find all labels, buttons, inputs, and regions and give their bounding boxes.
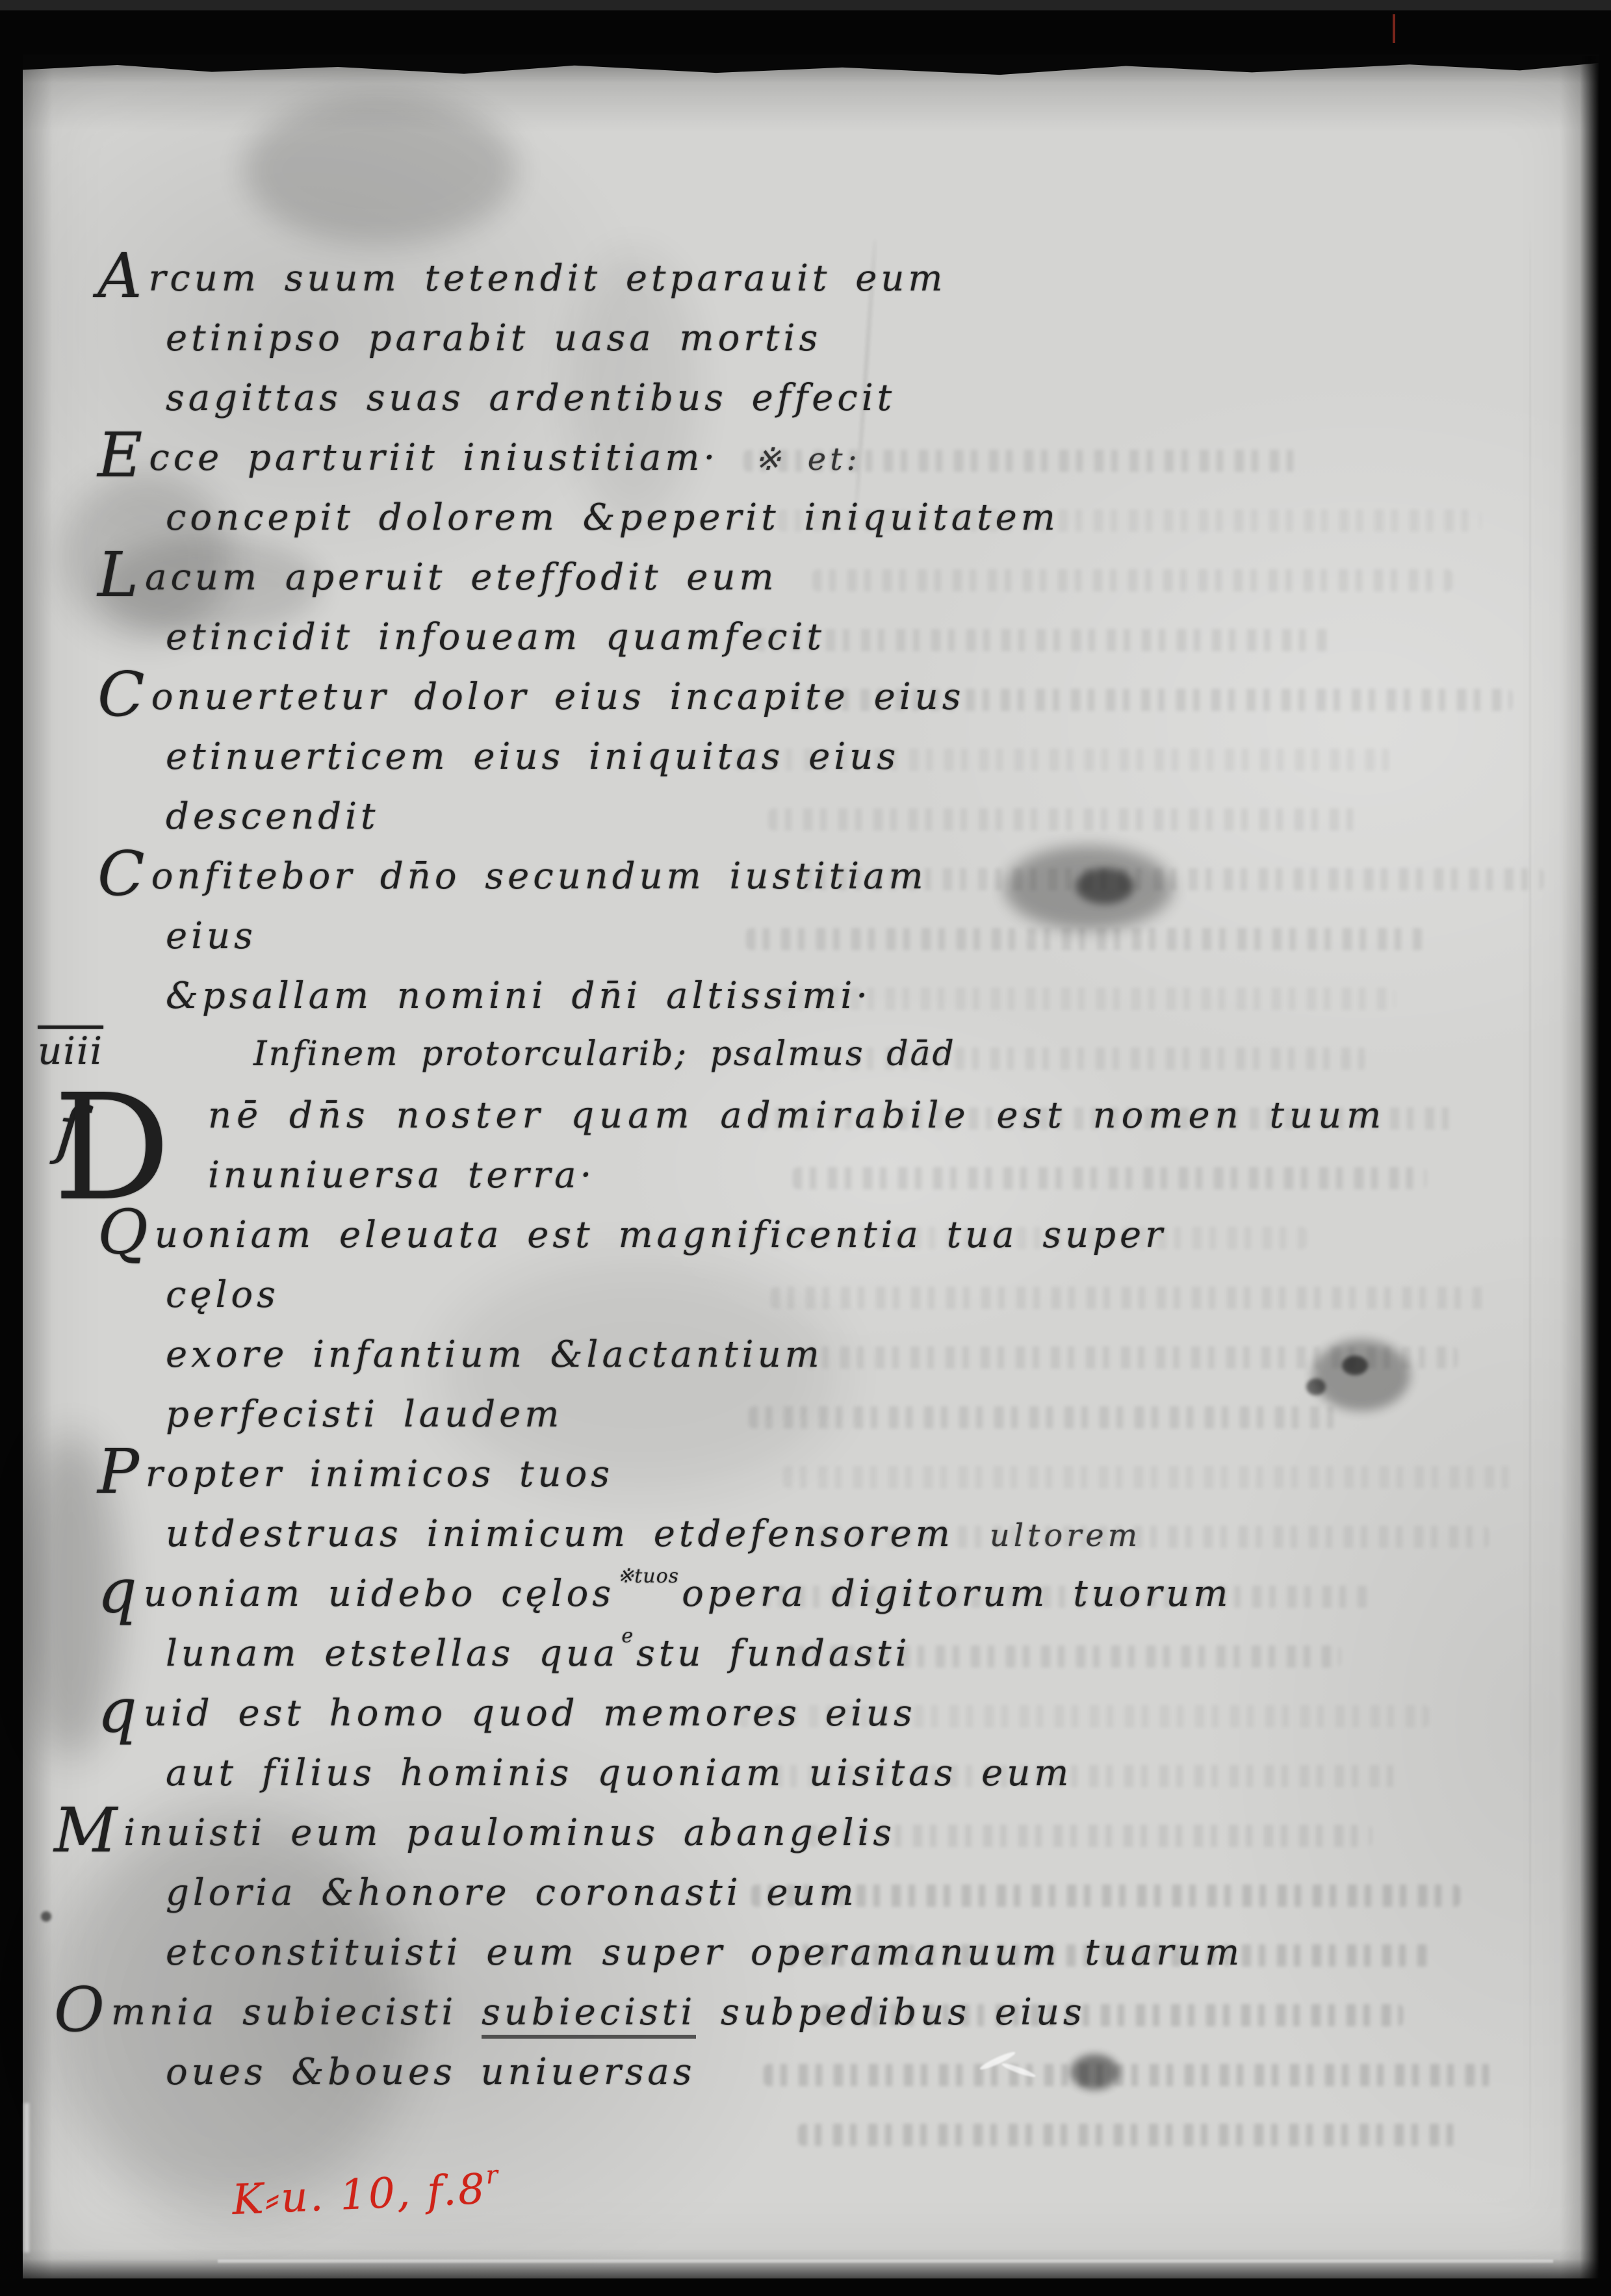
- initial-capital-d: D: [53, 1083, 170, 1215]
- line-text: inuisti eum paulominus abangelis: [123, 1812, 896, 1854]
- line-text: rcum suum tetendit etparauit eum: [149, 257, 947, 300]
- parchment-page: Arcum suum tetendit etparauit eumetinips…: [23, 56, 1599, 2278]
- text-line: Ecce parturiit iniustitiam·※ et:: [97, 438, 861, 478]
- line-text: cęlos: [166, 1274, 279, 1316]
- line-text: descendit: [166, 795, 380, 838]
- photo-top-strip: [0, 0, 1611, 10]
- line-text: stu fundasti: [636, 1632, 910, 1675]
- text-line: oues &boues uniuersas: [166, 2052, 696, 2093]
- line-text: etconstituisti eum super operamanuum tua…: [166, 1931, 1243, 1974]
- page-bottom-shadow-edge: [23, 2259, 1599, 2278]
- manuscript-photo: Arcum suum tetendit etparauit eumetinips…: [0, 0, 1611, 2296]
- initial-capital: P: [97, 1436, 143, 1508]
- text-line: cęlos: [166, 1275, 279, 1315]
- text-line: Confitebor dn̄o secundum iustitiam: [97, 857, 927, 897]
- text-line: etincidit infoueam quamfecit: [166, 617, 825, 658]
- line-text: etinuerticem eius iniquitas eius: [166, 736, 899, 778]
- text-line: Lacum aperuit eteffodit eum: [97, 558, 778, 598]
- line-text: uid est homo quod memores eius: [144, 1692, 916, 1735]
- line-text: opera digitorum tuorum: [682, 1573, 1231, 1615]
- text-line: inuniuersa terra·: [208, 1155, 595, 1196]
- line-text: aut filius hominis quoniam uisitas eum: [166, 1752, 1072, 1794]
- marginal-correction: ultorem: [990, 1517, 1141, 1554]
- line-text: etinipso parabit uasa mortis: [166, 317, 821, 359]
- line-text: utdestruas inimicum etdefensorem: [166, 1513, 954, 1555]
- text-line: Quoniam eleuata est magnificentia tua su…: [97, 1215, 1166, 1256]
- line-text: oues &boues uniuersas: [166, 2051, 696, 2093]
- initial-capital: L: [97, 539, 142, 611]
- marginal-correction: ※ et:: [754, 441, 860, 478]
- line-text: onfitebor dn̄o secundum iustitiam: [151, 855, 927, 897]
- text-line: Minuisti eum paulominus abangelis: [54, 1813, 896, 1853]
- text-line: Propter inimicos tuos: [97, 1454, 613, 1495]
- text-line: Dnē dn̄s noster quam admirabile est nome…: [208, 1096, 1386, 1136]
- line-text: uoniam eleuata est magnificentia tua sup…: [155, 1214, 1166, 1256]
- initial-capital: E: [97, 420, 146, 491]
- line-text: Infinem protorcularib; psalmus dād: [253, 1035, 956, 1074]
- line-text: eius: [166, 915, 257, 957]
- line-text: exore infantium &lactantium: [166, 1334, 823, 1376]
- initial-capital: O: [54, 1974, 109, 2046]
- text-line: Conuertetur dolor eius incapite eius: [97, 677, 964, 717]
- line-text: inuniuersa terra·: [208, 1154, 595, 1196]
- text-line: concepit dolorem &peperit iniquitatem: [166, 498, 1059, 538]
- expunged-word: subiecisti: [482, 1991, 696, 2039]
- line-text: subpedibus eius: [696, 1991, 1086, 2033]
- line-text: ropter inimicos tuos: [146, 1453, 613, 1495]
- text-line: quoniam uidebo cęlos※tuosopera digitorum…: [97, 1574, 1231, 1614]
- initial-capital: q: [97, 1556, 141, 1627]
- line-text: nē dn̄s noster quam admirabile est nomen…: [208, 1094, 1386, 1137]
- text-line: etinuerticem eius iniquitas eius: [166, 737, 899, 777]
- text-line: sagittas suas ardentibus effecit: [166, 378, 896, 419]
- line-text: mnia subiecisti: [111, 1991, 482, 2033]
- line-text: uoniam uidebo cęlos: [144, 1573, 615, 1615]
- text-line: utdestruas inimicum etdefensoremultorem: [166, 1514, 1141, 1554]
- text-line: lunam etstellas quaestu fundasti: [166, 1634, 911, 1674]
- line-text: lunam etstellas qua: [166, 1632, 619, 1675]
- photo-light-streak-left: [24, 2103, 29, 2252]
- text-line: Arcum suum tetendit etparauit eum: [97, 259, 947, 299]
- interlinear-gloss: e: [621, 1625, 634, 1647]
- text-line: aut filius hominis quoniam uisitas eum: [166, 1753, 1072, 1794]
- line-text: &psallam nomini dn̄i altissimi·: [166, 975, 871, 1017]
- initial-capital: Q: [97, 1197, 152, 1269]
- initial-capital: M: [54, 1795, 121, 1866]
- line-text: perfecisti laudem: [166, 1393, 563, 1436]
- initial-capital: C: [97, 659, 149, 730]
- line-text: concepit dolorem &peperit iniquitatem: [166, 497, 1059, 539]
- line-text: acum aperuit eteffodit eum: [145, 556, 777, 599]
- shelfmark-folio-sup: r: [485, 2160, 500, 2189]
- text-line: gloria &honore coronasti eum: [166, 1873, 858, 1913]
- text-line: uiiiſInfinem protorcularib; psalmus dād: [253, 1036, 956, 1073]
- initial-capital: C: [97, 838, 149, 910]
- line-text: cce parturiit iniustitiam·: [149, 437, 719, 479]
- text-line: exore infantium &lactantium: [166, 1335, 823, 1375]
- text-line: perfecisti laudem: [166, 1395, 563, 1435]
- red-border-mark: [1393, 14, 1395, 43]
- initial-capital: A: [97, 240, 146, 312]
- text-line: eius: [166, 916, 257, 957]
- psalm-text-block: Arcum suum tetendit etparauit eumetinips…: [23, 56, 1599, 2278]
- line-text: onuertetur dolor eius incapite eius: [151, 676, 965, 718]
- text-line: etconstituisti eum super operamanuum tua…: [166, 1933, 1243, 1973]
- line-text: etincidit infoueam quamfecit: [166, 616, 825, 658]
- text-line: &psallam nomini dn̄i altissimi·: [166, 976, 871, 1016]
- line-text: sagittas suas ardentibus effecit: [166, 377, 896, 419]
- line-text: gloria &honore coronasti eum: [166, 1872, 858, 1914]
- text-line: Omnia subiecisti subiecisti subpedibus e…: [54, 1993, 1086, 2033]
- interlinear-gloss: ※tuos: [617, 1565, 679, 1588]
- initial-capital: q: [97, 1675, 141, 1747]
- text-line: descendit: [166, 797, 380, 837]
- text-line: quid est homo quod memores eius: [97, 1694, 916, 1734]
- text-line: etinipso parabit uasa mortis: [166, 318, 821, 359]
